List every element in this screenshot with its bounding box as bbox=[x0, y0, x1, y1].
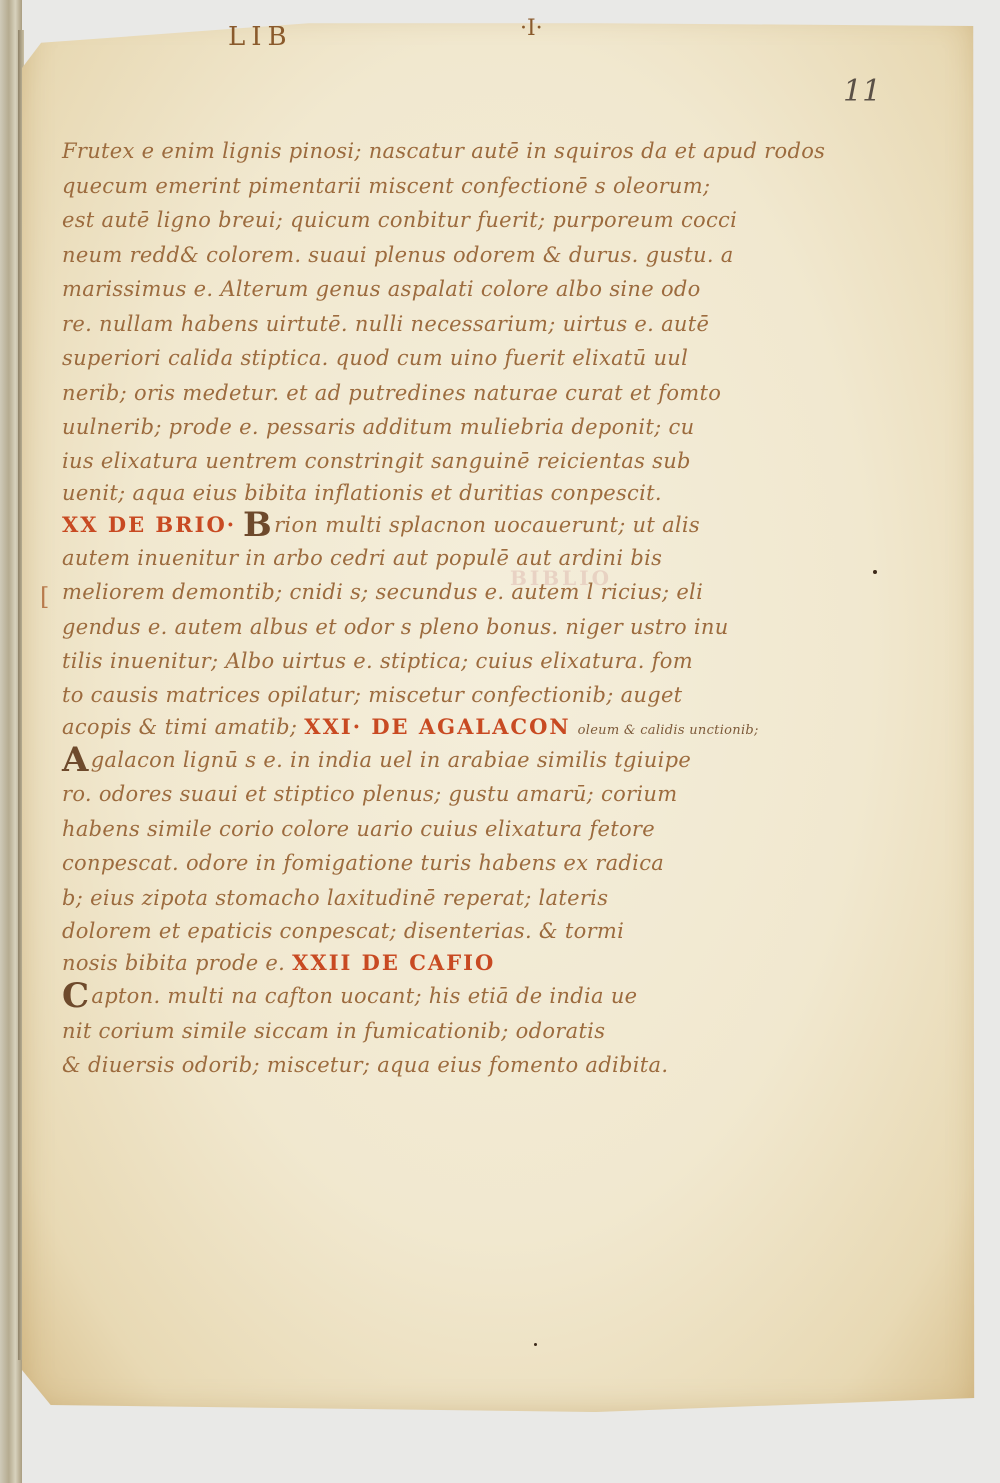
text-line: quecum emerint pimentarii miscent confec… bbox=[62, 169, 802, 204]
text-line: conpescat. odore in fomigatione turis ha… bbox=[62, 846, 802, 881]
text-line: autem inuenitur in arbo cedri aut populē… bbox=[62, 541, 802, 576]
text-line: galacon lignū s e. in india uel in arabi… bbox=[91, 748, 691, 772]
margin-bracket: [ bbox=[40, 583, 49, 611]
chapter-xxi-first-line: Agalacon lignū s e. in india uel in arab… bbox=[62, 743, 802, 778]
text-line: meliorem demontib; cnidi s; secundus e. … bbox=[62, 575, 802, 610]
ink-spot bbox=[534, 1343, 537, 1346]
text-line: ro. odores suaui et stiptico plenus; gus… bbox=[62, 777, 802, 812]
text-line: rion multi splacnon uocauerunt; ut alis bbox=[274, 513, 700, 537]
chapter-xx-heading-line: XX DE BRIO· Brion multi splacnon uocauer… bbox=[62, 509, 802, 541]
text-line: habens simile corio colore uario cuius e… bbox=[62, 812, 802, 847]
chapter-xxi-heading-line: acopis & timi amatib; XXI· DE AGALACON o… bbox=[62, 711, 802, 743]
text-line: est autē ligno breui; quicum conbitur fu… bbox=[62, 203, 802, 238]
initial-letter-b: B bbox=[243, 505, 272, 545]
chapter-xxii-first-line: Capton. multi na cafton uocant; his etiā… bbox=[62, 979, 802, 1014]
text-line: nerib; oris medetur. et ad putredines na… bbox=[62, 376, 802, 411]
text-line: ius elixatura uentrem constringit sangui… bbox=[62, 445, 802, 477]
initial-letter-c: C bbox=[62, 976, 89, 1016]
chapter-xxii-heading-line: nosis bibita prode e. XXII DE CAFIO bbox=[62, 947, 802, 979]
text-line: apton. multi na cafton uocant; his etiā … bbox=[91, 984, 637, 1008]
text-line: nosis bibita prode e. bbox=[62, 951, 285, 975]
running-head: LIB bbox=[228, 22, 293, 52]
text-line: uenit; aqua eius bibita inflationis et d… bbox=[62, 477, 802, 509]
text-line: superiori calida stiptica. quod cum uino… bbox=[62, 341, 802, 376]
rubric-chapter-xx: XX DE BRIO· bbox=[62, 512, 236, 537]
text-line: to causis matrices opilatur; miscetur co… bbox=[62, 679, 802, 711]
text-line: tilis inuenitur; Albo uirtus e. stiptica… bbox=[62, 644, 802, 679]
rubric-gloss: oleum & calidis unctionib; bbox=[578, 723, 759, 738]
text-line: neum redd& colorem. suaui plenus odorem … bbox=[62, 238, 802, 273]
text-line: & diuersis odorib; miscetur; aqua eius f… bbox=[62, 1048, 802, 1083]
folio-number: 11 bbox=[843, 74, 881, 109]
text-line: uulnerib; prode e. pessaris additum muli… bbox=[62, 410, 802, 445]
chapter-mark: ·I· bbox=[520, 16, 543, 41]
text-line: acopis & timi amatib; bbox=[62, 715, 297, 739]
rubric-chapter-xxii: XXII DE CAFIO bbox=[292, 950, 495, 975]
text-line: nit corium simile siccam in fumicationib… bbox=[62, 1014, 802, 1049]
initial-letter-a: A bbox=[62, 740, 89, 780]
text-block: Frutex e enim lignis pinosi; nascatur au… bbox=[62, 134, 802, 1083]
rubric-chapter-xxi: XXI· DE AGALACON bbox=[304, 714, 570, 739]
text-line: dolorem et epaticis conpescat; disenteri… bbox=[62, 915, 802, 947]
text-line: re. nullam habens uirtutē. nulli necessa… bbox=[62, 307, 802, 342]
text-line: b; eius zipota stomacho laxitudinē reper… bbox=[62, 881, 802, 916]
ink-spot bbox=[873, 570, 877, 574]
text-line: Frutex e enim lignis pinosi; nascatur au… bbox=[62, 134, 802, 169]
text-line: gendus e. autem albus et odor s pleno bo… bbox=[62, 610, 802, 645]
text-line: marissimus e. Alterum genus aspalati col… bbox=[62, 272, 802, 307]
